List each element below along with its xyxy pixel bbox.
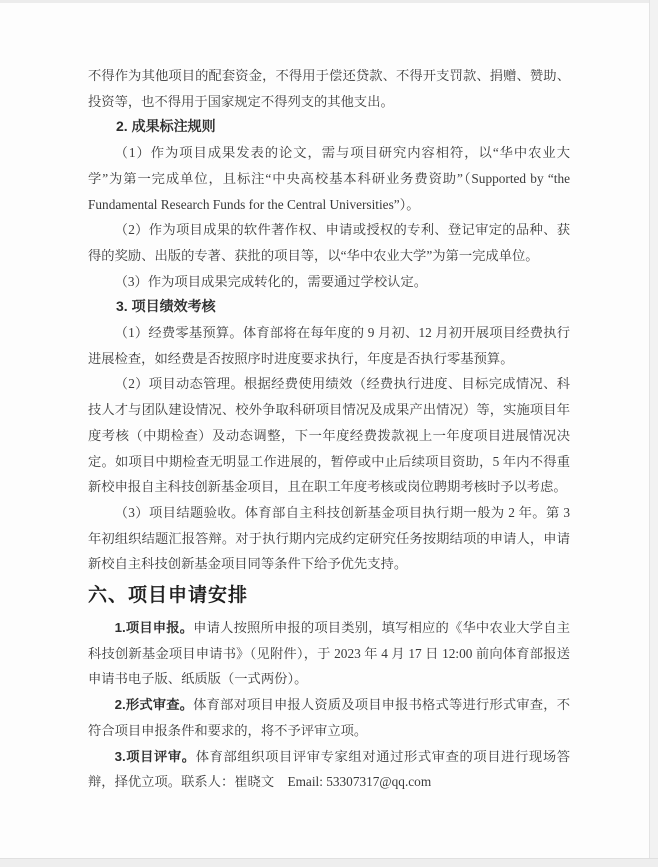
subheading-result-annotation-rules: 2. 成果标注规则 — [88, 114, 570, 140]
paragraph-format-review: 2.形式审查。体育部对项目申报人资质及项目申报书格式等进行形式审查，不符合项目申… — [88, 692, 570, 743]
subheading-performance-assessment: 3. 项目绩效考核 — [88, 294, 570, 320]
paragraph-papers-attribution: （1）作为项目成果发表的论文，需与项目研究内容相符，以“华中农业大学”为第一完成… — [88, 140, 570, 217]
paragraph-other-outputs-attribution: （2）作为项目成果的软件著作权、申请或授权的专利、登记审定的品种、获得的奖励、出… — [88, 217, 570, 268]
section-heading-application-arrangement: 六、项目申请安排 — [88, 580, 570, 611]
page-bottom-edge — [0, 858, 658, 867]
bold-lead-project-evaluation: 3.项目评审。 — [115, 749, 196, 764]
page-content: 不得作为其他项目的配套资金，不得用于偿还贷款、不得开支罚款、捐赠、赞助、投资等，… — [88, 63, 570, 795]
paragraph-continuation: 不得作为其他项目的配套资金，不得用于偿还贷款、不得开支罚款、捐赠、赞助、投资等，… — [88, 63, 570, 114]
paragraph-project-declaration: 1.项目申报。申请人按照所申报的项目类别，填写相应的《华中农业大学自主科技创新基… — [88, 615, 570, 692]
paragraph-project-acceptance: （3）项目结题验收。体育部自主科技创新基金项目执行期一般为 2 年。第 3 年初… — [88, 500, 570, 577]
paragraph-dynamic-management: （2）项目动态管理。根据经费使用绩效（经费执行进度、目标完成情况、科技人才与团队… — [88, 371, 570, 500]
bold-lead-project-declaration: 1.项目申报。 — [115, 620, 194, 635]
bold-lead-format-review: 2.形式审查。 — [115, 697, 194, 712]
paragraph-transformation-recognition: （3）作为项目成果完成转化的，需要通过学校认定。 — [88, 269, 570, 295]
page-right-edge — [649, 0, 658, 867]
paragraph-project-evaluation: 3.项目评审。体育部组织项目评审专家组对通过形式审查的项目进行现场答辩，择优立项… — [88, 744, 570, 795]
paragraph-zero-based-budget: （1）经费零基预算。体育部将在每年度的 9 月初、12 月初开展项目经费执行进展… — [88, 320, 570, 371]
document-page: 不得作为其他项目的配套资金，不得用于偿还贷款、不得开支罚款、捐赠、赞助、投资等，… — [0, 3, 649, 858]
page-top-edge — [0, 0, 658, 3]
